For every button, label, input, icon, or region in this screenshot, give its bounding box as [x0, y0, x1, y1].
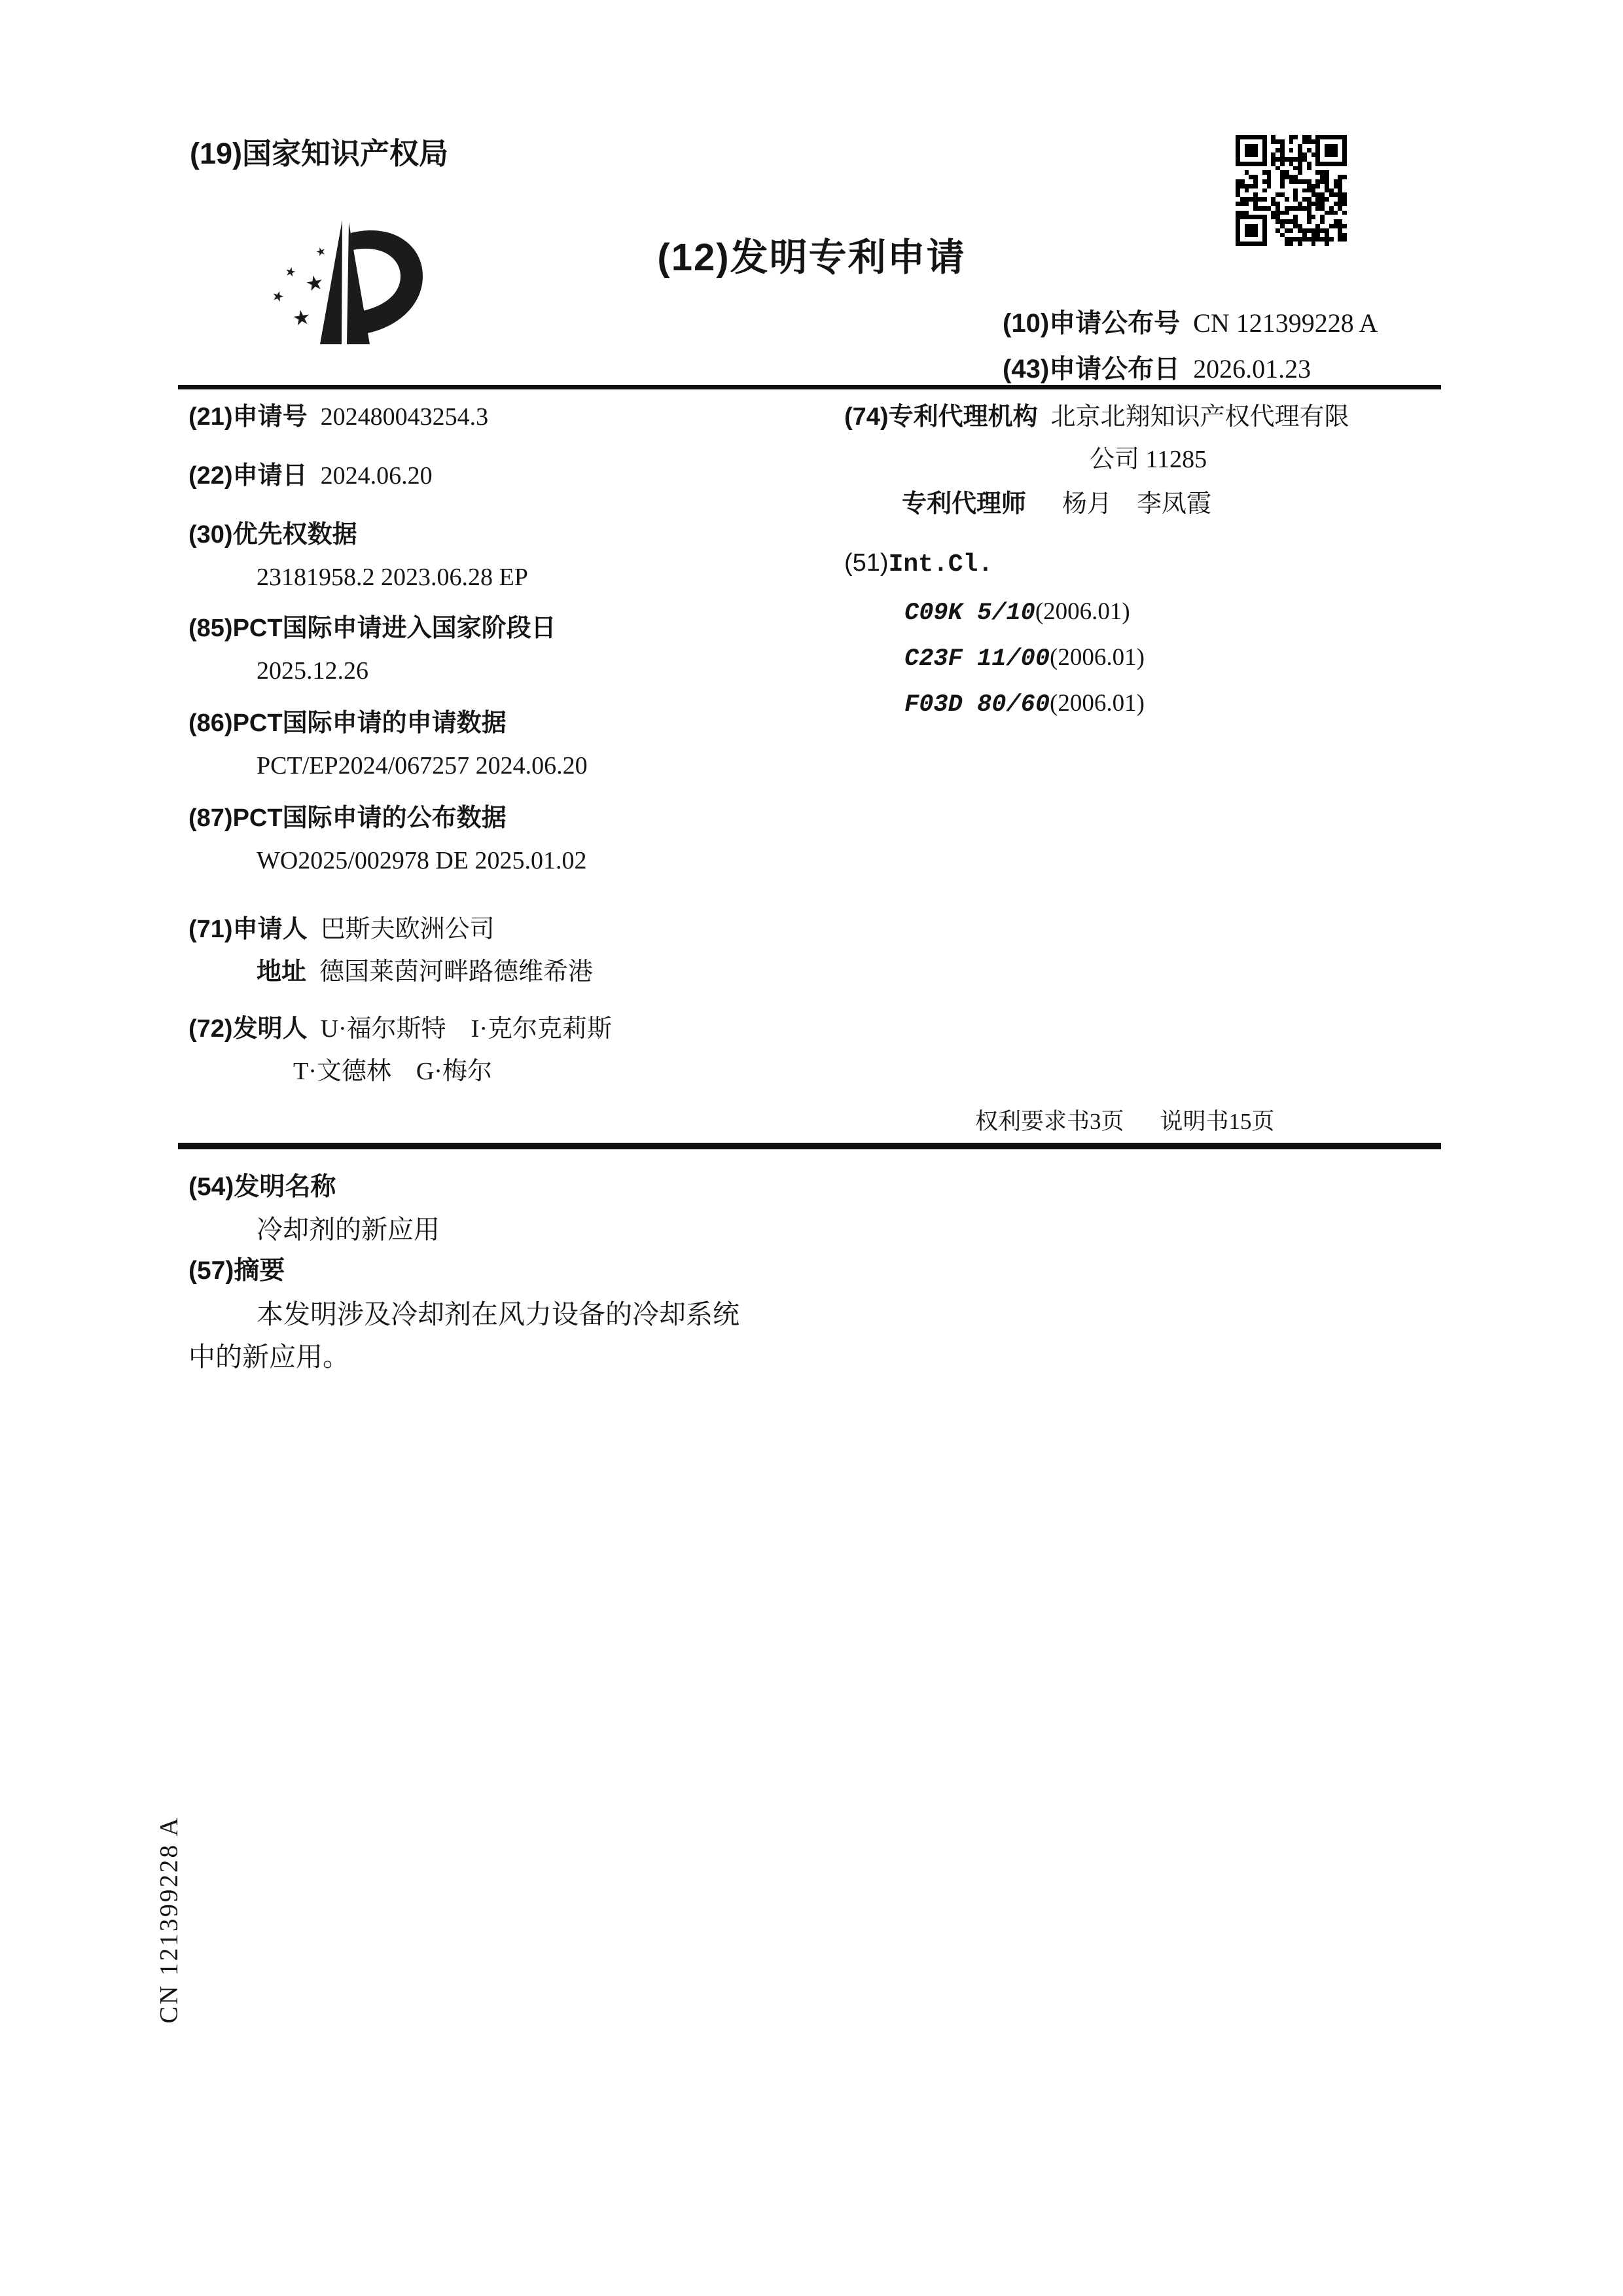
page-title: (12)发明专利申请: [0, 226, 1623, 281]
publication-date-line: (43)申请公布日2026.01.23: [1003, 353, 1311, 385]
app-date-value: 2024.06.20: [321, 462, 433, 490]
intcl-number: (51): [844, 549, 889, 577]
publication-number-line: (10)申请公布号CN 121399228 A: [1003, 308, 1378, 339]
pct-application-data-row: (86)PCT国际申请的申请数据: [188, 709, 507, 739]
intcl-entry: C09K 5/10(2006.01): [904, 597, 1130, 628]
app-no-label: (21)申请号: [188, 403, 308, 431]
pages-note: 权利要求书3页说明书15页: [975, 1103, 1275, 1136]
invention-title-value: 冷却剂的新应用: [257, 1209, 440, 1246]
agent-names: 杨月 李凤霞: [1062, 490, 1211, 518]
description-pages: 说明书15页: [1160, 1109, 1275, 1134]
intcl-row: (51)Int.Cl.: [844, 548, 993, 580]
inventor-line1: U·福尔斯特 I·克尔克莉斯: [321, 1015, 612, 1043]
inventor-label: (72)发明人: [188, 1015, 308, 1043]
agency-line1: 北京北翔知识产权代理有限: [1051, 403, 1349, 431]
pct-national-stage-row: (85)PCT国际申请进入国家阶段日: [188, 614, 556, 644]
application-date-row: (22)申请日2024.06.20: [188, 461, 433, 492]
abstract-line-1: 本发明涉及冷却剂在风力设备的冷却系统: [257, 1293, 740, 1331]
office-label: (19)国家知识产权局: [190, 137, 448, 170]
agency-line2: 公司 11285: [1090, 446, 1207, 473]
pub-date-value: 2026.01.23: [1193, 354, 1311, 384]
header-divider: [178, 385, 1441, 389]
pct-application-data-value: PCT/EP2024/067257 2024.06.20: [257, 751, 588, 781]
pub-no-value: CN 121399228 A: [1193, 308, 1378, 338]
app-no-value: 202480043254.3: [321, 403, 489, 431]
agency-row-2: 公司 11285: [1090, 445, 1207, 475]
pct-app-label: (86)PCT国际申请的申请数据: [188, 709, 507, 737]
pct-publication-data-row: (87)PCT国际申请的公布数据: [188, 804, 507, 834]
issuing-office: (19)国家知识产权局: [190, 130, 448, 172]
address-label: 地址: [257, 958, 306, 986]
pct-publication-data-value: WO2025/002978 DE 2025.01.02: [257, 846, 587, 876]
svg-text:★: ★: [291, 305, 312, 331]
priority-data-value: 23181958.2 2023.06.28 EP: [257, 563, 528, 593]
doc-type-label: (12)发明专利申请: [657, 236, 965, 279]
svg-text:★: ★: [270, 287, 286, 306]
abstract-line-2: 中的新应用。: [188, 1335, 349, 1374]
pub-no-label: (10)申请公布号: [1003, 309, 1180, 338]
priority-data-row: (30)优先权数据: [188, 520, 357, 550]
intcl-entry: F03D 80/60(2006.01): [904, 689, 1145, 719]
intcl-entry: C23F 11/00(2006.01): [904, 643, 1145, 673]
agent-label: 专利代理师: [902, 490, 1026, 518]
inventors-row-2: T·文德林 G·梅尔: [293, 1057, 492, 1087]
patent-front-page: (19)国家知识产权局 ★ ★ ★ ★ ★ (12)发明专利申请 (10)申请公…: [0, 0, 1623, 2296]
applicant-address-row: 地址德国莱茵河畔路德维希港: [257, 958, 593, 988]
applicant-row: (71)申请人巴斯夫欧洲公司: [188, 915, 495, 945]
intcl-label: Int.Cl.: [889, 550, 993, 579]
invention-title-label: (54)发明名称: [188, 1166, 336, 1203]
body-divider: [178, 1143, 1441, 1149]
inventors-row: (72)发明人U·福尔斯特 I·克尔克莉斯: [188, 1014, 612, 1045]
pct-national-stage-value: 2025.12.26: [257, 656, 368, 687]
agent-row: 专利代理师杨月 李凤霞: [902, 490, 1211, 520]
app-date-label: (22)申请日: [188, 462, 308, 490]
applicant-value: 巴斯夫欧洲公司: [321, 916, 495, 943]
agency-row: (74)专利代理机构北京北翔知识产权代理有限: [844, 403, 1349, 433]
claims-pages: 权利要求书3页: [975, 1109, 1124, 1134]
agency-label: (74)专利代理机构: [844, 403, 1038, 431]
applicant-label: (71)申请人: [188, 916, 308, 943]
application-number-row: (21)申请号202480043254.3: [188, 403, 488, 433]
address-value: 德国莱茵河畔路德维希港: [319, 958, 593, 986]
pct-national-label: (85)PCT国际申请进入国家阶段日: [188, 615, 556, 642]
pct-pub-label: (87)PCT国际申请的公布数据: [188, 804, 507, 832]
priority-label: (30)优先权数据: [188, 521, 357, 548]
vertical-publication-number: CN 121399228 A: [154, 1816, 184, 2023]
pub-date-label: (43)申请公布日: [1003, 355, 1180, 384]
inventor-line2: T·文德林 G·梅尔: [293, 1058, 492, 1085]
qr-code: [1236, 135, 1347, 246]
abstract-label: (57)摘要: [188, 1250, 285, 1287]
